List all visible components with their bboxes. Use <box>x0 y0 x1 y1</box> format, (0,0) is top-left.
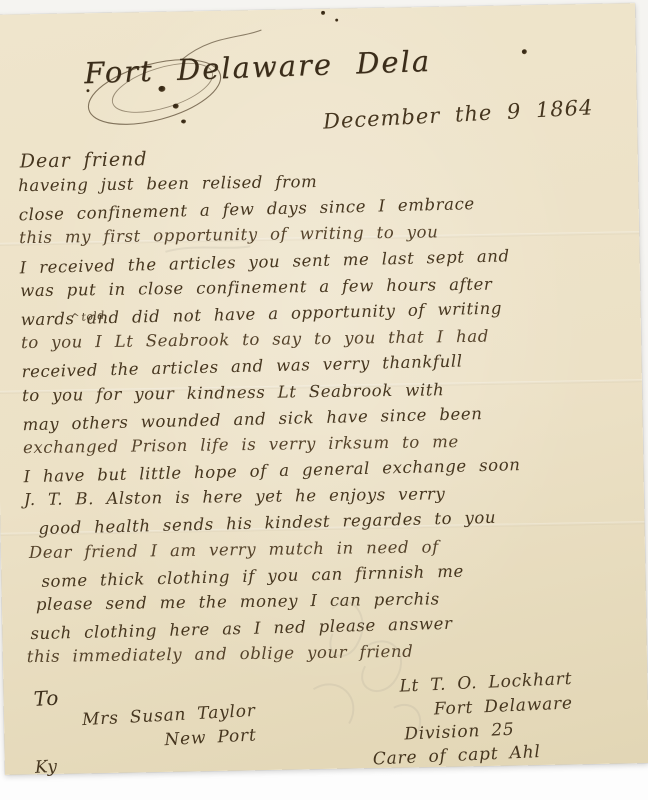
ink-blot <box>173 104 179 109</box>
letter-date: December the 9 1864 <box>323 95 594 133</box>
letter-salutation: Dear friend <box>20 148 148 172</box>
letter-heading: Fort Delaware Dela <box>84 44 432 90</box>
ink-blot <box>335 19 338 22</box>
ink-blot <box>321 11 325 15</box>
signature-block: Lt T. O. Lockhart Fort Delaware Division… <box>371 667 633 768</box>
scanned-letter-image: Fort Delaware Dela December the 9 1864 D… <box>0 0 648 800</box>
address-block: To Mrs Susan Taylor New Port Ky <box>33 676 355 774</box>
ink-blot <box>181 119 186 123</box>
ink-blot <box>522 49 527 54</box>
letter-body: haveing just been relised from close con… <box>18 164 627 672</box>
letter-paper: Fort Delaware Dela December the 9 1864 D… <box>0 3 648 775</box>
